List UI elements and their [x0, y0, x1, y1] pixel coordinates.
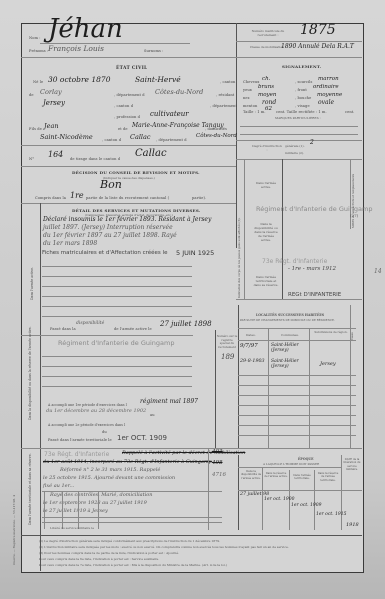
service-line-4: du 1er mars 1898: [43, 240, 97, 247]
service-rule-4: [42, 296, 192, 297]
localites-header-divider: [238, 328, 356, 329]
generale-value: 2: [310, 139, 314, 146]
passe-value: disponibilité: [76, 321, 104, 326]
footnote-2: (2) L'instruction militaire sera indiqué…: [39, 545, 289, 549]
epoque-date-header: DATE de la libération du service militai…: [343, 458, 361, 472]
document-sheet: Nom : Jéhan Prénoms : François Louis Sur…: [0, 0, 385, 599]
marques-rule-2: [240, 134, 358, 135]
departement3-label: , département d: [156, 138, 187, 142]
side-label-dispo: Dans la disponibilité ou dans la réserve…: [28, 340, 32, 420]
localites-row-2-subdivision: Jersey: [320, 361, 336, 367]
affectation-side-col: [244, 159, 245, 299]
fiches-stamp-date: 5 JUIN 1925: [176, 249, 214, 257]
localites-col-3: [350, 305, 351, 448]
epoque-title: ÉPOQUE: [298, 457, 314, 461]
menton-value: rond: [262, 99, 276, 106]
affectation-regiment73: 73e Régt. d'Infanterie: [262, 258, 327, 265]
epoque-values-divider: [238, 490, 362, 491]
lieu-naissance-value: Saint-Hervé: [135, 75, 181, 84]
territorial-table-col-2: [62, 491, 63, 529]
epoque-col-4: [341, 455, 342, 530]
epoque-col-territoriale: Dans l'armée territoriale.: [291, 474, 313, 481]
passe-text: de l'armée active le: [114, 327, 152, 331]
localites-left-border: [238, 305, 239, 448]
decision-divider: [21, 203, 236, 204]
localites-row-1-date: 9/7/97: [240, 343, 258, 349]
territorial-line-4: le 25 octobre 1915. Ajourné devant une c…: [43, 475, 175, 481]
departement-value: Côtes-du-Nord: [155, 88, 203, 96]
prenoms-value: François Louis: [48, 44, 104, 53]
footnote-3: (3) Pour les hommes compris dans la 2e p…: [39, 551, 179, 555]
dispo-divider: [21, 448, 221, 449]
tirage-canton-value: Callac: [135, 148, 167, 159]
localites-row-2-commune: Saint-Hélier (Jersey): [271, 359, 308, 369]
tirage-label: N°: [29, 157, 34, 161]
classe-value: 1890 Annulé Dela R.A.T: [281, 43, 354, 50]
taille-rect-end: cent.: [345, 110, 355, 114]
margin-print-text: Guerre. — Registre matricule. — 53-117-9…: [12, 495, 16, 565]
bouche-label: , bouche: [295, 96, 311, 100]
epoque-col-dispo: Dans la disponibilité de l'armée active.: [240, 470, 262, 480]
surnoms-label: Surnoms :: [144, 49, 163, 53]
dispo-rule-2: [42, 366, 192, 367]
front-label: , front: [295, 88, 307, 92]
signalement-title: SIGNALEMENT.: [282, 64, 321, 69]
compris-end: partie).: [192, 196, 206, 200]
margin-count-3: 4716: [212, 472, 226, 478]
dispo-rule-3: [42, 376, 192, 377]
canton-label: , canton: [220, 80, 235, 84]
visage-value: ovale: [318, 99, 334, 106]
epoque-value-liberation: 1918: [346, 522, 359, 528]
service-rule-6: [42, 316, 192, 317]
localites-title: LOCALITÉS SUCCESSIVES HABITÉES: [256, 313, 324, 317]
territorial-line-6: Rayé des contrôles. Marié, domiciliation: [50, 492, 153, 498]
services-side-column: [40, 203, 41, 571]
residant-value: Jersey: [43, 99, 65, 107]
compris-text: partie de la liste du recrutement canton…: [86, 196, 169, 200]
epoque-col-reserve: Dans la réserve de l'armée active.: [264, 472, 288, 479]
domicilies-value: Saint-Nicodème: [40, 133, 93, 141]
epoque-value-territoriale: 1er oct. 1909: [291, 503, 321, 508]
footnotes-divider: [21, 535, 362, 536]
epoque-value-reserve-territoriale: 1er oct. 1915: [316, 512, 346, 517]
sourcils-label: , sourcils: [295, 80, 312, 84]
localites-rule-1: [238, 375, 356, 376]
localites-row-1-commune: Saint-Hélier (Jersey): [271, 343, 308, 353]
front-value: ordinaire: [313, 84, 339, 90]
profession-label: , profession d: [114, 115, 140, 119]
localites-rule-5: [238, 415, 356, 416]
territorial-table-col-3: [78, 491, 79, 529]
territorial-table-col-4: [98, 491, 99, 529]
territorial-table-col-1: [44, 491, 45, 529]
residant-label: , résidant: [216, 93, 234, 97]
domicilies-label: , domiciliés: [205, 127, 227, 131]
fils-label: Fils de: [29, 127, 42, 131]
numero-registre-value: 189: [221, 353, 234, 361]
localites-right-header: Cases: [351, 332, 354, 340]
periode1-value: régiment mal 1897: [140, 398, 198, 405]
tirage-text: de tirage dans le canton d: [70, 157, 120, 161]
epoque-col-1: [262, 467, 263, 530]
nom-label: Nom :: [29, 36, 41, 40]
du-label: du: [102, 430, 107, 434]
ne-le-label: Né le: [33, 80, 43, 84]
service-line-2: juillet 1897. (Jersey) Interruption rése…: [43, 224, 173, 231]
passe-territoriale-label: Passé dans l'armée territoriale le: [48, 438, 112, 442]
mere-label: et de: [118, 127, 128, 131]
compris-value: 1re: [70, 191, 84, 200]
localites-rule-3: [238, 395, 356, 396]
affectation-line-note: - 1re - mars 1912: [288, 266, 336, 272]
decision-value: Bon: [100, 178, 122, 191]
nom-value: Jéhan: [48, 14, 123, 44]
affectation-territoriale-label: Dans l'armée territoriale et dans sa rés…: [253, 275, 279, 287]
taille-cent: cent. Taille rectifiée : 1 m.: [276, 110, 327, 114]
au-label: au: [150, 413, 155, 417]
territorial-line-2: du 1er août 1914, incorporé au 73e Régt.…: [43, 459, 212, 465]
marques-rule-1: [240, 126, 358, 127]
sourcils-value: marron: [318, 76, 339, 82]
service-rule-1: [42, 266, 192, 267]
tirage-value: 164: [48, 150, 63, 159]
passe-label: Passé dans la: [50, 327, 76, 331]
service-rule-3: [42, 286, 192, 287]
cheveux-value: ch.: [262, 76, 270, 82]
compris-label: Compris dans la: [35, 196, 66, 200]
affectation-right-col: [350, 159, 351, 229]
epoque-value-reserve: 1er oct. 1900: [264, 497, 294, 502]
margin-count-1: 403: [212, 449, 223, 455]
header-divider: [21, 57, 236, 58]
signalement-divider: [236, 140, 362, 141]
periode2-label: A accompli une 2e période d'exercices da…: [48, 423, 125, 427]
ne-le-value: 30 octobre 1870: [48, 75, 110, 84]
canton3-label: , canton d: [102, 138, 121, 142]
affectation-side-num: 14: [374, 268, 382, 275]
numero-matricule-value: 1875: [300, 22, 336, 38]
footnote-5: Pour ceux compris dans la 7e liste, l'in…: [39, 563, 227, 567]
localites-col-subdivisions: Subdivisions de région.: [314, 331, 348, 334]
territorial-line-3: Réformé n° 2 le 31 mars 1915. Rappelé: [60, 467, 160, 473]
epoque-col-reserve-territoriale: Dans la réserve de l'armée territoriale.: [316, 472, 340, 482]
active-divider: [21, 335, 193, 336]
service-line-1: Déclaré insoumis le 1er février 1893. Ré…: [43, 216, 211, 223]
localites-row-2-date: 29-8-1903: [240, 359, 265, 364]
degre-label: Degré d'instruction :: [252, 144, 282, 152]
dispo-rule-1: [42, 356, 192, 357]
service-line-3: du 1er février 1897 au 27 juillet 1898. …: [43, 232, 177, 239]
generale-label: générale (1).: [285, 144, 305, 148]
localites-rule-2: [238, 385, 356, 386]
territorial-rule-1: [42, 517, 222, 518]
affectation-side-label: Indication des corps où les jeunes gens …: [237, 218, 241, 298]
passe-territoriale-date: 1er OCT. 1909: [117, 434, 167, 442]
periode1-line2: du 1er décembre au 28 décembre 1902: [46, 408, 146, 414]
affectation-label-col: [282, 159, 283, 299]
localites-rule-4: [238, 405, 356, 406]
canton2-label: , canton d: [114, 104, 133, 108]
periode1-label: A accompli une 1re période d'exercices d…: [48, 403, 127, 407]
localites-bottom-border: [215, 448, 362, 449]
header-right-divider-1: [236, 41, 362, 42]
territorial-line-5: fixé au 1er...: [43, 483, 74, 489]
etat-civil-divider: [21, 145, 236, 146]
taille-label: Taille : 1 m.: [243, 110, 266, 114]
localites-rule-6: [238, 425, 356, 426]
regiment73-stamp-left: 73e Régt. d'Infanterie: [44, 451, 109, 458]
localites-col-2: [309, 328, 310, 448]
epoque-col-3: [314, 470, 315, 530]
menton-label: menton: [243, 104, 257, 108]
margin-count-2: 498: [212, 460, 223, 466]
decision-title: DÉCISION DU CONSEIL DE REVISION ET MOTIF…: [72, 170, 200, 175]
liberation-label: Libéré du service militaire le: [50, 526, 94, 530]
regiment-stamp-left: Régiment d'Infanterie de Guingamp: [58, 339, 175, 347]
pere-value: Jean: [44, 122, 59, 130]
nez-label: nez: [243, 96, 250, 100]
affectation-dispo-label: Dans la disponibilité ou dans la réserve…: [253, 222, 279, 242]
header-right-divider-2: [236, 57, 362, 58]
localites-col-communes: Communes.: [281, 333, 299, 337]
localites-col-header-divider: [238, 340, 356, 341]
numero-registre-header: Numéro sur le registre spécial du recrut…: [216, 335, 238, 349]
yeux-label: yeux: [243, 88, 252, 92]
service-rule-5: [42, 306, 192, 307]
dispo-rule-4: [42, 386, 192, 387]
nez-value: moyen: [258, 92, 276, 98]
militaire-label: militaire (2).: [285, 151, 304, 155]
passe-date: 27 juillet 1898: [160, 320, 212, 328]
affectation-divider: [236, 299, 362, 300]
de-label: de: [29, 93, 34, 97]
territorial-line-7: le 1er septembre 1928 au 27 juillet 1919: [43, 500, 147, 506]
fiches-stamp: Fiches matriculaires et d'Affectation cr…: [42, 250, 167, 256]
territorial-line-1: Rappelé à l'activité par le décret de mo…: [122, 450, 245, 456]
bouche-value: moyenne: [317, 92, 342, 98]
localites-subtitle: PAR SUITE DE CHANGEMENTS DE DOMICILE OU …: [240, 318, 335, 322]
affectation-right-side-label: MISES en non-activité et remplacements: [352, 174, 355, 228]
prenoms-label: Prénoms :: [29, 49, 48, 53]
localites-col-dates: Dates.: [246, 333, 256, 337]
epoque-subtitle: A LAQUELLE L'HOMME DOIT PASSER: [263, 462, 319, 466]
localites-col-1: [268, 328, 269, 448]
side-label-territoriale: Dans l'armée territoriale et dans sa rés…: [28, 453, 32, 525]
footnote-4: Pour ceux compris dans la 6e liste, l'in…: [39, 557, 159, 561]
departement3-value: Côtes-du-Nord: [196, 133, 237, 139]
tirage-divider: [21, 166, 236, 167]
canton3-value: Callac: [130, 133, 151, 141]
marques-label: MARQUES PARTICULIÈRES :: [275, 116, 321, 120]
service-rule-2: [42, 276, 192, 277]
side-label-active: Dans l'armée active.: [30, 267, 34, 300]
taille-value: 62: [265, 106, 272, 112]
profession-value: cultivateur: [150, 110, 189, 118]
territorial-rule-2: [42, 522, 222, 523]
degre-divider: [236, 159, 362, 160]
localites-rule-7: [238, 435, 356, 436]
numero-matricule-label: Numéro matricule du recrutement :: [243, 29, 293, 37]
cheveux-label: Cheveux: [243, 80, 259, 84]
de-value: Corlay: [40, 88, 62, 96]
departement2-label: , département: [210, 104, 237, 108]
visage-label: , visage: [295, 104, 310, 108]
departement-label: , département d: [114, 93, 145, 97]
footnote-1: (1) Le degré d'instruction générale sera…: [39, 539, 220, 543]
affectation-regiment-stamp: Régiment d'Infanterie de Guingamp: [256, 205, 373, 213]
etat-civil-title: ÉTAT CIVIL: [116, 66, 147, 71]
affectation-reg-stamp: REGt D'INFANTERIE: [288, 292, 341, 298]
affectation-active-label: Dans l'armée active.: [253, 181, 279, 189]
margin-count-column: [208, 448, 209, 530]
yeux-value: bruns: [258, 84, 274, 90]
epoque-header-divider: [238, 467, 341, 468]
